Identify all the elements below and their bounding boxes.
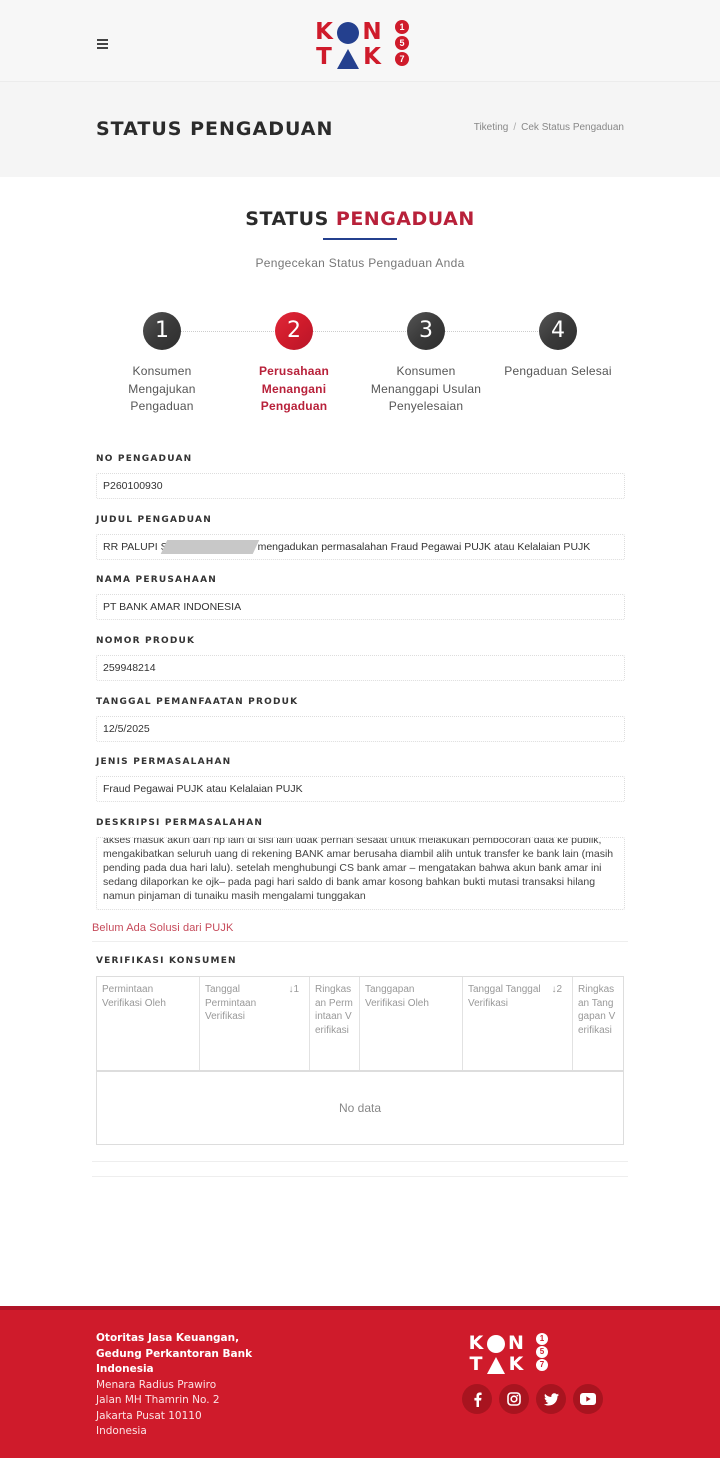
org-line: Gedung Perkantoran Bank [96, 1347, 252, 1363]
column-header-tanggapan-oleh[interactable]: Tanggapan Verifikasi Oleh [360, 977, 463, 1070]
step-label: Konsumen Menanggapi Usulan Penyelesaian [360, 363, 492, 416]
column-label: Tanggapan Verifikasi Oleh [365, 984, 429, 1009]
logo-number: 7 [395, 52, 409, 66]
logo-head-shape [487, 1335, 505, 1353]
address-line: Jalan MH Thamrin No. 2 [96, 1393, 252, 1409]
tanggal-pemanfaatan-field[interactable]: 12/5/2025 [96, 716, 625, 742]
logo-head-shape [337, 22, 359, 44]
column-header-tanggal-permintaan[interactable]: Tanggal Permintaan Verifikasi↓1 [200, 977, 310, 1070]
step-number-circle: 2 [275, 312, 313, 350]
judul-suffix: mengadukan permasalahan Fraud Pegawai PU… [258, 541, 591, 553]
judul-pengaduan-label: JUDUL PENGADUAN [96, 515, 212, 525]
step-number-circle: 3 [407, 312, 445, 350]
footer-kontak-157-logo: K N T K 1 5 7 [466, 1333, 548, 1375]
column-label: Ringkasan Tanggapan Verifikasi [578, 984, 615, 1036]
deskripsi-text: akses masuk akun dari hp lain di sisi la… [103, 837, 618, 903]
nomor-produk-field[interactable]: 259948214 [96, 655, 625, 681]
org-line: Indonesia [96, 1362, 252, 1378]
column-header-tanggal-verifikasi[interactable]: Tanggal Tanggal Verifikasi↓2 [463, 977, 573, 1070]
column-header-permintaan-oleh[interactable]: Permintaan Verifikasi Oleh [97, 977, 200, 1070]
instagram-icon[interactable] [499, 1384, 529, 1414]
column-header-ringkasan-tanggapan[interactable]: Ringkasan Tanggapan Verifikasi [573, 977, 623, 1070]
logo-letter: N [360, 21, 384, 44]
no-pengaduan-label: NO PENGADUAN [96, 454, 192, 464]
logo-body-shape [337, 46, 359, 69]
no-pengaduan-field[interactable]: P260100930 [96, 473, 625, 499]
deskripsi-permasalahan-textarea[interactable]: akses masuk akun dari hp lain di sisi la… [96, 837, 625, 910]
logo-letter: K [360, 46, 384, 69]
solution-status-text: Belum Ada Solusi dari PUJK [92, 922, 233, 934]
jenis-permasalahan-field[interactable]: Fraud Pegawai PUJK atau Kelalaian PUJK [96, 776, 625, 802]
hamburger-menu-icon[interactable] [97, 39, 108, 49]
nama-perusahaan-label: NAMA PERUSAHAAN [96, 575, 217, 585]
section-title-accent: PENGADUAN [336, 208, 475, 230]
jenis-permasalahan-label: JENIS PERMASALAHAN [96, 757, 231, 767]
step-label: Perusahaan Menangani Pengaduan [228, 363, 360, 416]
page-title: STATUS PENGADUAN [96, 118, 333, 140]
facebook-icon[interactable] [462, 1384, 492, 1414]
step-4: 4 Pengaduan Selesai [492, 312, 624, 381]
section-title-part1: STATUS [245, 208, 328, 230]
logo-letter: T [466, 1355, 486, 1374]
logo-number: 7 [536, 1359, 548, 1371]
step-label: Konsumen Mengajukan Pengaduan [96, 363, 228, 416]
logo-letter: K [312, 21, 336, 44]
step-number-circle: 4 [539, 312, 577, 350]
breadcrumb: Tiketing/Cek Status Pengaduan [474, 122, 624, 133]
twitter-icon[interactable] [536, 1384, 566, 1414]
divider [92, 941, 628, 942]
sort-descending-icon[interactable]: ↓2 [551, 983, 562, 997]
step-3: 3 Konsumen Menanggapi Usulan Penyelesaia… [360, 312, 492, 416]
logo-letter: K [506, 1355, 526, 1374]
judul-prefix: RR PALUPI S [103, 541, 168, 553]
step-label: Pengaduan Selesai [492, 363, 624, 381]
address-line: Menara Radius Prawiro [96, 1378, 252, 1394]
top-navbar: K N T K 1 5 7 [0, 0, 720, 82]
sort-descending-icon[interactable]: ↓1 [288, 983, 299, 997]
logo-letter: K [466, 1334, 486, 1353]
redacted-block [160, 540, 259, 554]
step-1: 1 Konsumen Mengajukan Pengaduan [96, 312, 228, 416]
org-line: Otoritas Jasa Keuangan, [96, 1331, 252, 1347]
column-header-ringkasan-permintaan[interactable]: Ringkasan Permintaan Verifikasi [310, 977, 360, 1070]
logo-body-shape [487, 1355, 505, 1374]
logo-number: 1 [536, 1333, 548, 1345]
section-subtitle: Pengecekan Status Pengaduan Anda [0, 256, 720, 270]
breadcrumb-tiketing[interactable]: Tiketing [474, 122, 509, 133]
column-label: Ringkasan Permintaan Verifikasi [315, 984, 353, 1036]
address-line: Jakarta Pusat 10110 [96, 1409, 252, 1425]
logo-number: 5 [536, 1346, 548, 1358]
address-line: Indonesia [96, 1424, 252, 1440]
nomor-produk-label: NOMOR PRODUK [96, 636, 195, 646]
step-number-circle: 1 [143, 312, 181, 350]
footer-address: Otoritas Jasa Keuangan, Gedung Perkantor… [96, 1331, 252, 1440]
table-header-row: Permintaan Verifikasi Oleh Tanggal Permi… [97, 977, 623, 1072]
nama-perusahaan-field[interactable]: PT BANK AMAR INDONESIA [96, 594, 625, 620]
breadcrumb-current: Cek Status Pengaduan [521, 122, 624, 133]
divider [92, 1176, 628, 1177]
logo-number: 5 [395, 36, 409, 50]
table-empty-state: No data [97, 1072, 623, 1144]
column-label: Permintaan Verifikasi Oleh [102, 984, 166, 1009]
youtube-icon[interactable] [573, 1384, 603, 1414]
logo-number: 1 [395, 20, 409, 34]
step-2-active: 2 Perusahaan Menangani Pengaduan [228, 312, 360, 416]
logo-letter: N [506, 1334, 526, 1353]
progress-steps: 1 Konsumen Mengajukan Pengaduan 2 Perusa… [96, 312, 624, 422]
tanggal-pemanfaatan-label: TANGGAL PEMANFAATAN PRODUK [96, 697, 298, 707]
logo-letter: T [312, 46, 336, 69]
social-links [462, 1384, 603, 1414]
kontak-157-logo[interactable]: K N T K 1 5 7 [312, 20, 410, 70]
verification-table: Permintaan Verifikasi Oleh Tanggal Permi… [96, 976, 624, 1145]
breadcrumb-separator: / [513, 122, 516, 133]
section-title-underline [323, 238, 397, 240]
judul-pengaduan-field[interactable]: RR PALUPI Smengadukan permasalahan Fraud… [96, 534, 625, 560]
deskripsi-permasalahan-label: DESKRIPSI PERMASALAHAN [96, 818, 263, 828]
verifikasi-konsumen-title: VERIFIKASI KONSUMEN [96, 956, 237, 966]
divider [92, 1161, 628, 1162]
section-title: STATUS PENGADUAN [0, 208, 720, 230]
